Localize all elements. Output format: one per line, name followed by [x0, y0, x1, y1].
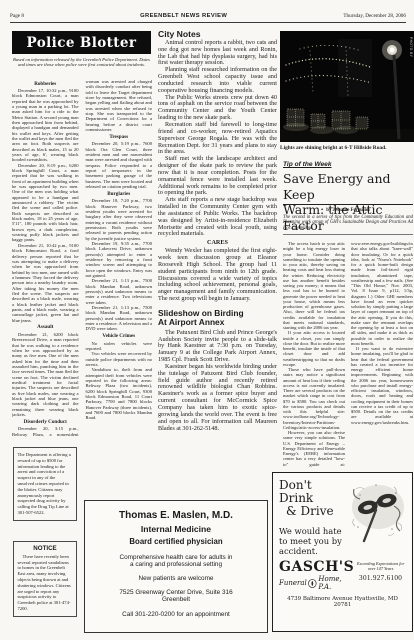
birding-paragraph: Kaestner began his worldwide birding und…	[158, 364, 277, 432]
tip-byline: by Jessame Ferguson	[283, 204, 413, 213]
city-notes-paragraph: Animal control reports a rabbit, two cat…	[158, 40, 277, 67]
gaschs-address: 4739 Baltimore Avenue Hyattsville, MD 20…	[279, 596, 406, 608]
city-notes-paragraph: Staff met with the landscape architect a…	[158, 156, 277, 197]
city-notes-title: City Notes	[158, 31, 277, 38]
city-notes-paragraph: Planning staff researched information on…	[158, 67, 277, 94]
gaschs-funeral-label: Funeral	[279, 579, 307, 587]
flower-emblem-icon	[308, 579, 317, 588]
city-notes-paragraph: Recreation staff bid farewell to long-ti…	[158, 122, 277, 156]
blotter-paragraph: December 18, 7:20 p.m., 7700 block Hanov…	[86, 198, 153, 241]
blotter-heading-burglaries: Burglaries	[86, 192, 153, 197]
maslen-ad-specialty: Internal Medicine	[91, 524, 261, 534]
blotter-heading-trespass: Trespass	[86, 135, 153, 140]
page-header: Page 8 GREENBELT NEWS REVIEW Thursday, D…	[10, 13, 406, 23]
maslen-ad-address: 7525 Greenway Center Drive, Suite 316	[91, 589, 261, 596]
maslen-ad: Thomas E. Maslen, M.D. Internal Medicine…	[84, 500, 268, 633]
maslen-ad-city: Greenbelt	[91, 596, 261, 603]
maslen-ad-line: New patients are welcome	[91, 575, 261, 582]
maslen-ad-name: Thomas E. Maslen, M.D.	[91, 510, 261, 521]
maslen-ad-line: Comprehensive health care for adults in	[91, 554, 261, 561]
notice-box: NOTICE There have recently been several …	[13, 541, 77, 617]
ddd-headline: Don't Drink & Drive	[279, 479, 348, 518]
tip-intro: The second in a series of tips from the …	[283, 215, 413, 235]
ddd-headline-line1: Don't Drink	[279, 479, 348, 505]
blotter-paragraph: December 17, 10:32 p.m., 9100 block Edmo…	[12, 88, 79, 163]
tip-paragraph: If your attic access is located inside a…	[283, 330, 345, 367]
gaschs-subline: Funeral Home, P.A.	[279, 575, 355, 591]
tip-kicker: Tip of the Week	[283, 161, 331, 168]
police-blotter-columns: Robberies December 17, 10:32 p.m., 9100 …	[12, 79, 152, 441]
notice-title: NOTICE	[18, 546, 73, 552]
blotter-heading-vehicle-crimes: Vehicle Crimes	[86, 334, 153, 339]
gaschs-name: GASCH'S	[279, 561, 355, 574]
gaschs-phone: 301.927.6100	[355, 574, 406, 582]
gaschs-block: GASCH'S Funeral Home, P.A. Exceeding Exp…	[279, 561, 406, 608]
blotter-paragraph: Vandalism to, theft from and attempted t…	[86, 367, 153, 420]
blotter-paragraph: No stolen vehicles were reported.	[86, 341, 153, 352]
city-notes-column: City Notes Animal control reports a rabb…	[158, 31, 277, 494]
holiday-lights-illustration	[280, 31, 414, 142]
city-notes-paragraph: The Public Works streets crew put down 4…	[158, 95, 277, 122]
birding-headline: Slideshow on Birding At Airport Annex	[158, 309, 277, 328]
newspaper-page: Page 8 GREENBELT NEWS REVIEW Thursday, D…	[0, 0, 414, 640]
blotter-paragraph: December 20, 5:19 p.m., 7600 block Ora G…	[86, 141, 153, 189]
police-blotter-tagline: Based on information released by the Gre…	[12, 57, 151, 68]
tip-paragraph: Those who have pull-down stairs may noti…	[283, 367, 345, 430]
reward-box: The Department is offering a reward of u…	[13, 447, 77, 521]
city-notes-paragraph: Arts staff reports a new stage backdrop …	[158, 197, 277, 238]
blotter-heading-assault: Assault	[12, 325, 79, 330]
gaschs-tagline: Exceeding Expectations for over 147 Year…	[355, 561, 406, 571]
masthead: GREENBELT NEWS REVIEW	[140, 13, 227, 19]
masquerade-mask-icon	[348, 479, 406, 545]
blotter-paragraph: December 21, 6200 block Breezewood Drive…	[12, 332, 79, 418]
blotter-heading-disorderly: Disorderly Conduct	[12, 420, 79, 425]
photo-credit: PHOTO BY	[409, 37, 413, 57]
blotter-paragraph: December 21, 1:13 p.m., 7500 block Manda…	[86, 305, 153, 332]
maslen-ad-line: a caring and professional setting	[91, 561, 261, 568]
blotter-paragraph: Two vehicles were recovered by outside p…	[86, 351, 153, 367]
birding-headline-line2: At Airport Annex	[158, 318, 277, 327]
ddd-headline-line2: & Drive	[279, 505, 348, 518]
page-number: Page 8	[10, 13, 24, 19]
blotter-paragraph: December 20, 8:19 p.m., 6200 block Sprin…	[12, 163, 79, 243]
blotter-heading-robberies: Robberies	[12, 82, 79, 87]
city-notes-paragraph: Wendy Wexler has completed the first eig…	[158, 248, 277, 303]
blotter-paragraph: December 21, 1:13 p.m., 7500 block Manda…	[86, 278, 153, 305]
reward-text: The Department is offering a reward of u…	[18, 452, 73, 516]
photo-caption: Lights are shining bright at 6-T Hillsid…	[280, 145, 414, 151]
ddd-subtext: We would hate to meet you by accident.	[279, 527, 348, 556]
issue-date: Thursday, December 28, 2006	[343, 13, 406, 19]
police-blotter-banner: Police Blotter	[12, 31, 151, 54]
notice-text: There have recently been several reporte…	[18, 554, 73, 612]
blotter-paragraph: December 21, 10:42 p.m., 9100 block Edmo…	[12, 243, 79, 323]
holiday-lights-photo: PHOTO BY	[280, 31, 414, 142]
tip-body-columns: The access hatch to your attic might be …	[283, 241, 413, 468]
police-blotter-title: Police Blotter	[27, 35, 137, 51]
maslen-ad-certification: Board certified physician	[91, 537, 261, 546]
gaschs-home-label: Home, P.A.	[318, 575, 355, 591]
dont-drink-drive-ad: Don't Drink & Drive We would hate to mee…	[272, 472, 413, 632]
birding-paragraph: The Patuxent Bird Club and Prince George…	[158, 330, 277, 364]
tip-paragraph: If you want to do extensive home insulat…	[351, 346, 413, 425]
tip-headline-line1: Save Energy and Keep	[283, 171, 414, 202]
blotter-paragraph: December 19, 9:35 a.m., 7700 block Lakec…	[86, 241, 153, 278]
cares-heading: CARES	[158, 240, 277, 247]
tip-paragraph: The access hatch to your attic might be …	[283, 241, 345, 330]
maslen-ad-phone: Call 301-220-0200 for an appointment	[91, 611, 261, 618]
